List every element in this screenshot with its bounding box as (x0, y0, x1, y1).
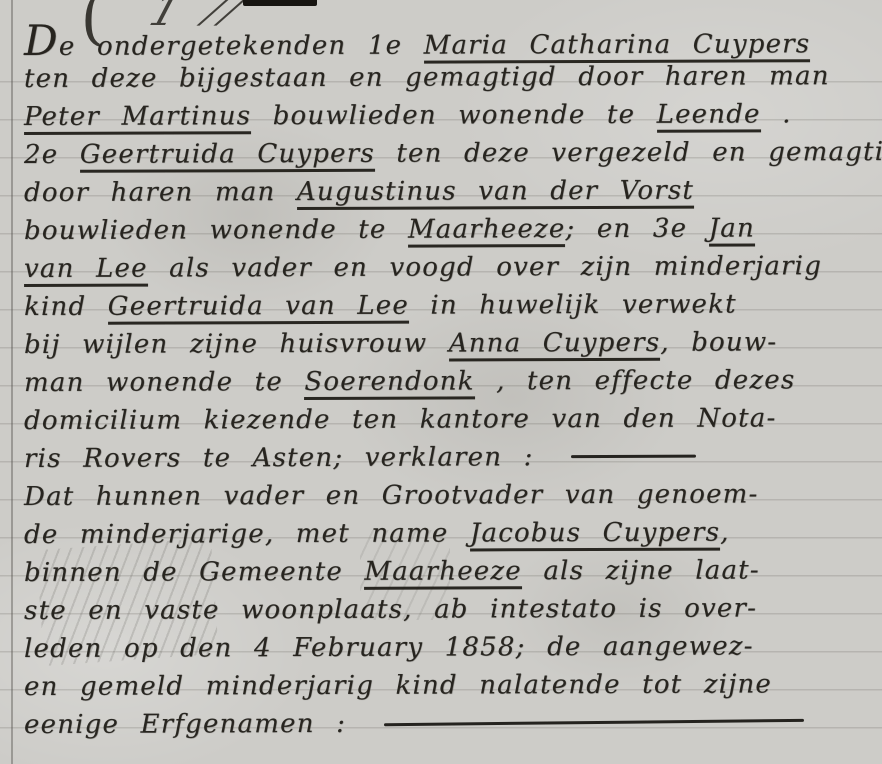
underlined-name: Geertruida van Lee (108, 291, 409, 325)
text-segment: , ten effecte dezes (475, 365, 796, 396)
underlined-name: Peter Martinus (24, 101, 251, 135)
text-segment: ste en vaste woonplaats, ab intestato is… (24, 593, 757, 626)
text-segment: de minderjarige, met name (24, 518, 470, 550)
text-segment: bij wijlen zijne huisvrouw (24, 329, 449, 360)
text-line: Peter Martinus bouwlieden wonende te Lee… (24, 95, 878, 136)
underlined-name: Maarheeze (364, 556, 522, 590)
underlined-name: Soerendonk (304, 366, 474, 400)
text-segment: 2e (24, 140, 80, 170)
text-segment: ris Rovers te Asten; verklaren : (24, 442, 555, 474)
text-segment: als zijne laat- (522, 555, 760, 586)
text-segment: en gemeld minderjarig kind nalatende tot… (24, 669, 772, 702)
inked-rule (384, 719, 804, 726)
text-segment: man wonende te (24, 367, 304, 398)
text-line: eenige Erfgenamen : (24, 703, 878, 744)
text-line: De ondergetekenden 1e Maria Catharina Cu… (24, 19, 878, 60)
text-line: kind Geertruida van Lee in huwelijk verw… (24, 285, 878, 326)
text-segment: binnen de Gemeente (24, 557, 364, 588)
cutoff-underline-top (243, 0, 317, 6)
text-segment: ; en 3e (565, 214, 708, 244)
text-line: van Lee als vader en voogd over zijn min… (24, 247, 878, 288)
text-segment: eenige Erfgenamen : (24, 709, 368, 740)
text-line: domicilium kiezende ten kantore van den … (24, 399, 878, 440)
underlined-name: Anna Cuypers (449, 328, 661, 362)
text-segment: domicilium kiezende ten kantore van den … (24, 403, 777, 436)
underlined-name: Maarheeze (408, 214, 566, 248)
text-segment: bouwlieden wonende te (251, 100, 657, 131)
underlined-name: Jacobus Cuypers (470, 518, 720, 552)
text-segment: , (720, 518, 730, 548)
text-line: leden op den 4 February 1858; de aangewe… (24, 627, 878, 668)
underlined-name: Leende (657, 99, 761, 132)
text-line: en gemeld minderjarig kind nalatende tot… (24, 665, 878, 706)
text-segment: bouwlieden wonende te (24, 215, 408, 246)
text-segment: als vader en voogd over zijn minderjarig (148, 251, 822, 283)
text-line: door haren man Augustinus van der Vorst (24, 171, 878, 212)
text-line: bij wijlen zijne huisvrouw Anna Cuypers,… (24, 323, 878, 364)
inked-rule (571, 455, 696, 458)
text-line: ten deze bijgestaan en gemagtigd door ha… (24, 57, 878, 98)
text-segment: Dat hunnen vader en Grootvader van genoe… (24, 479, 759, 512)
text-segment: ten deze vergezeld en gemagtigd (375, 137, 882, 169)
text-segment: ten deze bijgestaan en gemagtigd door ha… (24, 61, 830, 94)
text-line: de minderjarige, met name Jacobus Cuyper… (24, 513, 878, 554)
text-segment: door haren man (24, 177, 297, 208)
document-lines: De ondergetekenden 1e Maria Catharina Cu… (24, 22, 878, 744)
text-line: man wonende te Soerendonk , ten effecte … (24, 361, 878, 402)
text-line: bouwlieden wonende te Maarheeze; en 3e J… (24, 209, 878, 250)
text-segment: in huwelijk verwekt (409, 290, 737, 321)
underlined-name: van Lee (24, 254, 148, 287)
document-page: ( 1 ⁄⁄ De ondergetekenden 1e Maria Catha… (0, 0, 882, 764)
text-line: 2e Geertruida Cuypers ten deze vergezeld… (24, 133, 878, 174)
text-segment: leden op den 4 February 1858; de aangewe… (24, 631, 754, 664)
text-line: Dat hunnen vader en Grootvader van genoe… (24, 475, 878, 516)
text-segment: De ondergetekenden 1e (24, 31, 424, 62)
underlined-name: Jan (709, 213, 755, 246)
text-line: ste en vaste woonplaats, ab intestato is… (24, 589, 878, 630)
text-line: ris Rovers te Asten; verklaren : (24, 437, 878, 478)
left-margin-line (11, 0, 13, 764)
underlined-name: Augustinus van der Vorst (297, 176, 694, 210)
text-segment: kind (24, 292, 108, 322)
text-segment: , bouw- (660, 327, 777, 357)
underlined-name: Geertruida Cuypers (80, 139, 375, 173)
text-segment: . (761, 99, 792, 129)
text-line: binnen de Gemeente Maarheeze als zijne l… (24, 551, 878, 592)
